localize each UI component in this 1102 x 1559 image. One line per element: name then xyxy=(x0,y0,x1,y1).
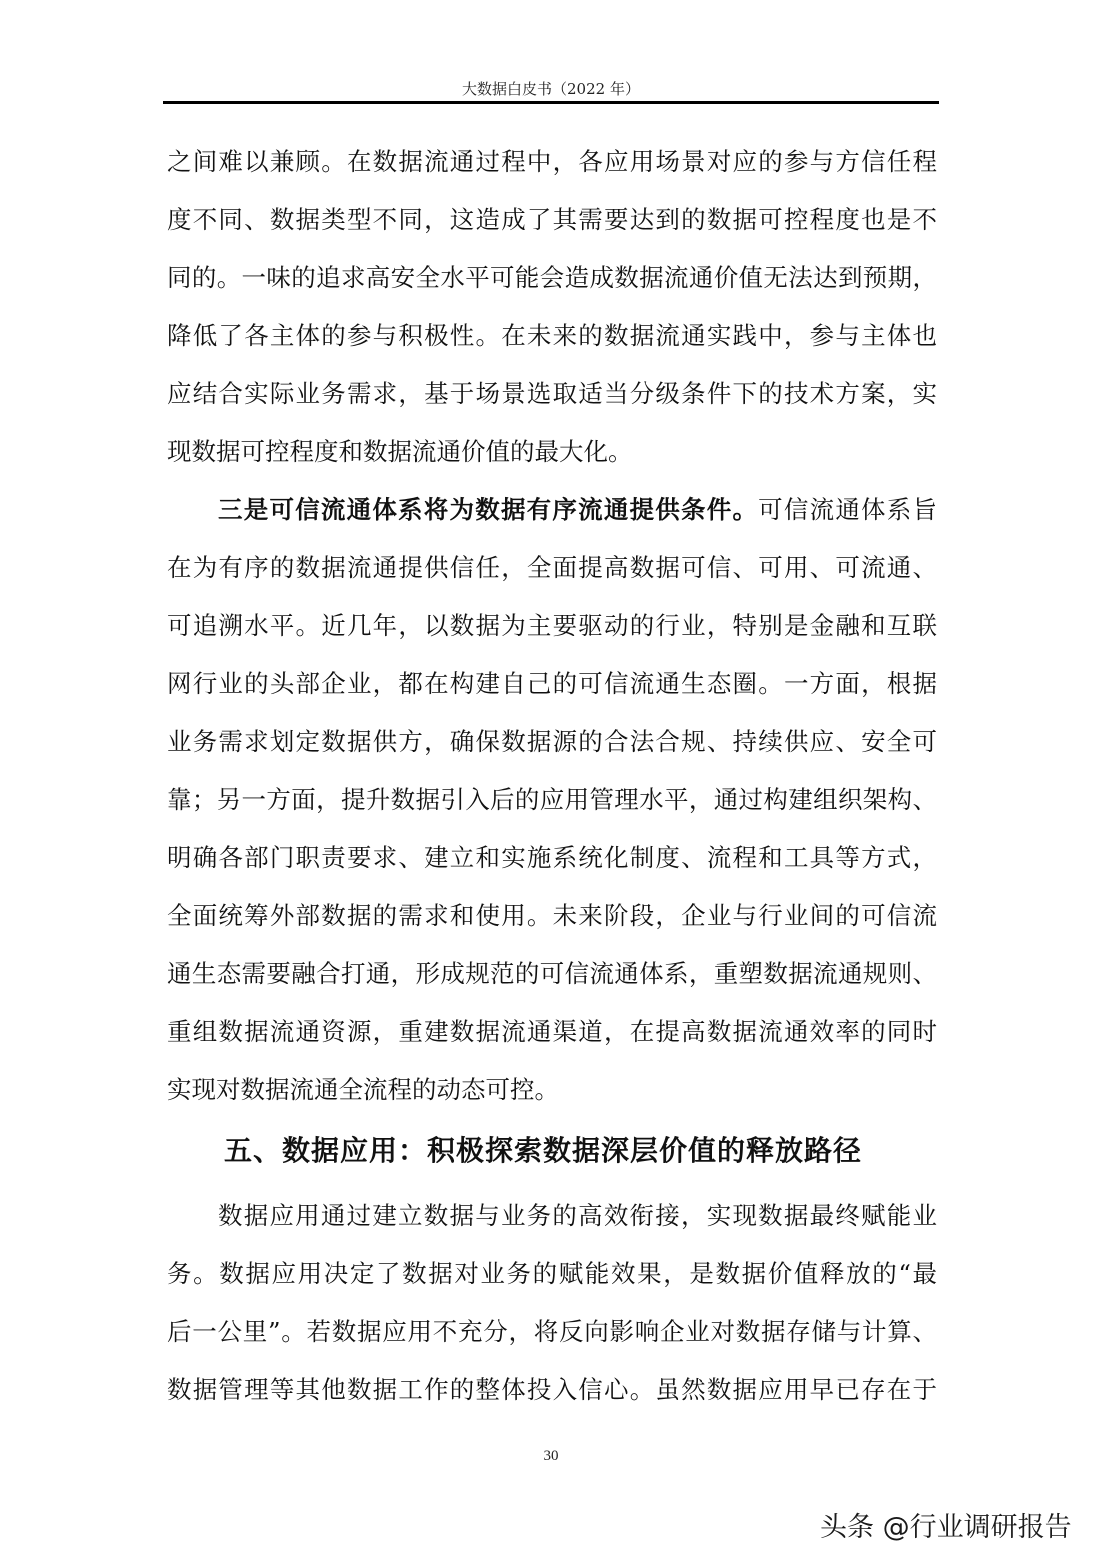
text-line: 网行业的头部企业，都在构建自己的可信流通生态圈。一方面，根据 xyxy=(167,667,937,701)
text-line: 同的。一味的追求高安全水平可能会造成数据流通价值无法达到预期， xyxy=(167,261,937,295)
text-line: 明确各部门职责要求、建立和实施系统化制度、流程和工具等方式， xyxy=(167,841,937,875)
text-line: 务。数据应用决定了数据对业务的赋能效果，是数据价值释放的“最 xyxy=(167,1257,937,1291)
page-number: 30 xyxy=(0,1448,1102,1465)
text-line-lead: 三是可信流通体系将为数据有序流通提供条件。可信流通体系旨 xyxy=(218,493,937,527)
text-line: 数据应用通过建立数据与业务的高效衔接，实现数据最终赋能业 xyxy=(218,1199,937,1233)
text-line: 现数据可控程度和数据流通价值的最大化。 xyxy=(167,435,937,469)
text-line: 可追溯水平。近几年，以数据为主要驱动的行业，特别是金融和互联 xyxy=(167,609,937,643)
text-line: 降低了各主体的参与积极性。在未来的数据流通实践中，参与主体也 xyxy=(167,319,937,353)
text-line: 度不同、数据类型不同，这造成了其需要达到的数据可控程度也是不 xyxy=(167,203,937,237)
running-header-title: 大数据白皮书（2022 年） xyxy=(0,78,1102,99)
text-line: 数据管理等其他数据工作的整体投入信心。虽然数据应用早已存在于 xyxy=(167,1373,937,1407)
text-line: 全面统筹外部数据的需求和使用。未来阶段，企业与行业间的可信流 xyxy=(167,899,937,933)
text-line: 靠；另一方面，提升数据引入后的应用管理水平，通过构建组织架构、 xyxy=(167,783,937,817)
text-line: 之间难以兼顾。在数据流通过程中，各应用场景对应的参与方信任程 xyxy=(167,145,937,179)
header-rule-divider xyxy=(163,101,939,104)
text-line: 实现对数据流通全流程的动态可控。 xyxy=(167,1073,937,1107)
text-line: 后一公里”。若数据应用不充分，将反向影响企业对数据存储与计算、 xyxy=(167,1315,937,1349)
watermark-text: 头条 @行业调研报告 xyxy=(820,1511,1072,1545)
bold-lead-sentence: 三是可信流通体系将为数据有序流通提供条件。 xyxy=(218,495,758,524)
text-line: 在为有序的数据流通提供信任，全面提高数据可信、可用、可流通、 xyxy=(167,551,937,585)
text-line: 重组数据流通资源，重建数据流通渠道，在提高数据流通效率的同时 xyxy=(167,1015,937,1049)
text-line: 业务需求划定数据供方，确保数据源的合法合规、持续供应、安全可 xyxy=(167,725,937,759)
section-heading: 五、数据应用：积极探索数据深层价值的释放路径 xyxy=(224,1133,862,1169)
text-line: 应结合实际业务需求，基于场景选取适当分级条件下的技术方案，实 xyxy=(167,377,937,411)
lead-rest-text: 可信流通体系旨 xyxy=(758,495,937,524)
text-line: 通生态需要融合打通，形成规范的可信流通体系，重塑数据流通规则、 xyxy=(167,957,937,991)
